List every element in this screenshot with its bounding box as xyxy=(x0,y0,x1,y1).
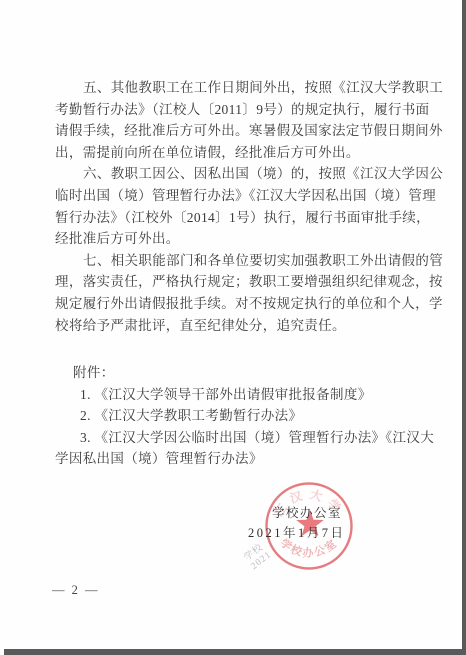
body-line: 六、教职工因公、因私出国（境）的，按照《江汉大学因公 xyxy=(55,163,421,185)
body-line: 七、相关职能部门和各单位要切实加强教职工外出请假的管 xyxy=(55,250,421,272)
body-line: 暂行办法》（江校外〔2014〕1号）执行，履行书面审批手续， xyxy=(55,207,421,229)
signature-date: 2021年1月7日 xyxy=(248,523,346,541)
signature-office: 学校办公室 xyxy=(272,503,342,521)
attachments-label: 附件： xyxy=(55,362,421,384)
page-number: — 2 — xyxy=(52,583,100,598)
body-line: 理，落实责任，严格执行规定；教职工要增强组织纪律观念，按 xyxy=(55,271,421,293)
attachment-item: 1. 《江汉大学领导干部外出请假审批报备制度》 xyxy=(55,384,421,406)
document-body: 五、其他教职工在工作日期间外出，按照《江汉大学教职工 考勤暂行办法》（江校人〔2… xyxy=(55,77,421,336)
body-line: 规定履行外出请假报批手续。对不按规定执行的单位和个人，学 xyxy=(55,293,421,315)
body-line: 出，需提前向所在单位请假，经批准后方可外出。 xyxy=(55,142,421,164)
scan-shadow-right xyxy=(462,0,466,655)
attachments-section: 附件： 1. 《江汉大学领导干部外出请假审批报备制度》 2. 《江汉大学教职工考… xyxy=(55,362,421,470)
attachment-item: 3. 《江汉大学因公临时出国（境）管理暂行办法》《江汉大 xyxy=(55,427,421,449)
body-line: 临时出国（境）管理暂行办法》《江汉大学因私出国（境）管理 xyxy=(55,185,421,207)
body-line: 请假手续，经批准后方可外出。寒暑假及国家法定节假日期间外 xyxy=(55,120,421,142)
attachment-item-continuation: 学因私出国（境）管理暂行办法》 xyxy=(55,448,421,470)
body-line: 校将给予严肃批评，直至纪律处分，追究责任。 xyxy=(55,315,421,337)
body-line: 考勤暂行办法》（江校人〔2011〕9号）的规定执行，履行书面 xyxy=(55,99,421,121)
scan-shadow-bottom xyxy=(4,649,466,655)
body-line: 经批准后方可外出。 xyxy=(55,228,421,250)
body-line: 五、其他教职工在工作日期间外出，按照《江汉大学教职工 xyxy=(55,77,421,99)
attachment-item: 2. 《江汉大学教职工考勤暂行办法》 xyxy=(55,405,421,427)
document-page: 五、其他教职工在工作日期间外出，按照《江汉大学教职工 考勤暂行办法》（江校人〔2… xyxy=(0,0,466,655)
